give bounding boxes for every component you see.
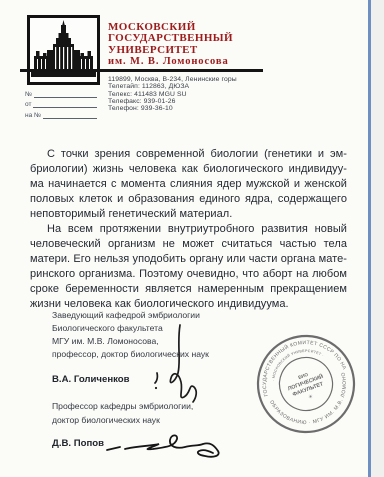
university-name: МОСКОВСКИЙ ГОСУДАРСТВЕННЫЙ УНИВЕРСИТЕТ и… (108, 22, 233, 68)
contact-line: Телефон: 939-36-10 (108, 105, 237, 112)
text-line: бриологии) жизнь человека как биологичес… (30, 162, 347, 177)
contact-info: 119899, Москва, В-234, Ленинские горы Те… (108, 76, 237, 112)
text-line: неповторимый генетический материал. (30, 207, 347, 222)
faculty-stamp: ГОСУДАРСТВЕННЫЙ КОМИТЕТ СССР ПО НАРОДНОМ… (242, 320, 370, 448)
title-line: Профессор кафедры эмбриологии, (52, 400, 193, 414)
letterhead-divider (20, 69, 263, 72)
text-line: С точки зрения современной биологии (ген… (30, 147, 347, 162)
msu-emblem-icon (27, 15, 100, 85)
text-line: половых клеток и образования единого ядр… (30, 192, 347, 207)
scan-edge-line (368, 0, 371, 477)
reference-field-reply: на № (25, 108, 97, 119)
contact-line: Телекс: 411483 MGU SU (108, 91, 237, 98)
reference-blank-line (33, 100, 97, 108)
paragraph: С точки зрения современной биологии (ген… (30, 147, 347, 222)
scan-margin (371, 0, 384, 477)
university-name-line: УНИВЕРСИТЕТ (108, 45, 233, 56)
letter-body: С точки зрения современной биологии (ген… (30, 147, 347, 312)
reference-field-date: от (25, 98, 97, 109)
msu-building-silhouette (30, 18, 97, 82)
signatory-2-name: Д.В. Попов (52, 438, 104, 449)
contact-line: Телефакс: 939-01-26 (108, 98, 237, 105)
reference-label: от (25, 101, 31, 108)
popov-signature (103, 433, 243, 463)
university-name-line: им. М. В. Ломоносова (108, 56, 233, 67)
golichenkov-signature (148, 323, 210, 405)
text-line: человеческий организм не может считаться… (30, 237, 347, 252)
reference-field-number: № (25, 87, 97, 98)
signatory-1-name: В.А. Голиченков (52, 374, 130, 385)
title-line: доктор биологических наук (52, 414, 193, 428)
reference-fields: № от на № (25, 87, 97, 119)
stamp-center-line: ✳ (308, 394, 314, 401)
scanned-letter-page: МОСКОВСКИЙ ГОСУДАРСТВЕННЫЙ УНИВЕРСИТЕТ и… (0, 0, 384, 477)
reference-blank-line (43, 111, 97, 119)
paragraph: На всем протяжении внутриутробного разви… (30, 222, 347, 312)
text-line: матери. Его нельзя уподобить органу или … (30, 252, 347, 267)
reference-label: на № (25, 112, 41, 119)
contact-line: Телетайп: 112863, ДЮЗА (108, 83, 237, 90)
reference-blank-line (34, 90, 97, 98)
reference-label: № (25, 91, 32, 98)
text-line: ма начинается с момента слияния ядер муж… (30, 177, 347, 192)
text-line: ринского организма. Поэтому очевидно, чт… (30, 267, 347, 282)
title-line: Заведующий кафедрой эмбриологии (52, 309, 209, 322)
text-line: На всем протяжении внутриутробного разви… (30, 222, 347, 237)
signatory-2-titles: Профессор кафедры эмбриологии, доктор би… (52, 400, 193, 427)
text-line: сроке беременности является намеренным п… (30, 282, 347, 297)
